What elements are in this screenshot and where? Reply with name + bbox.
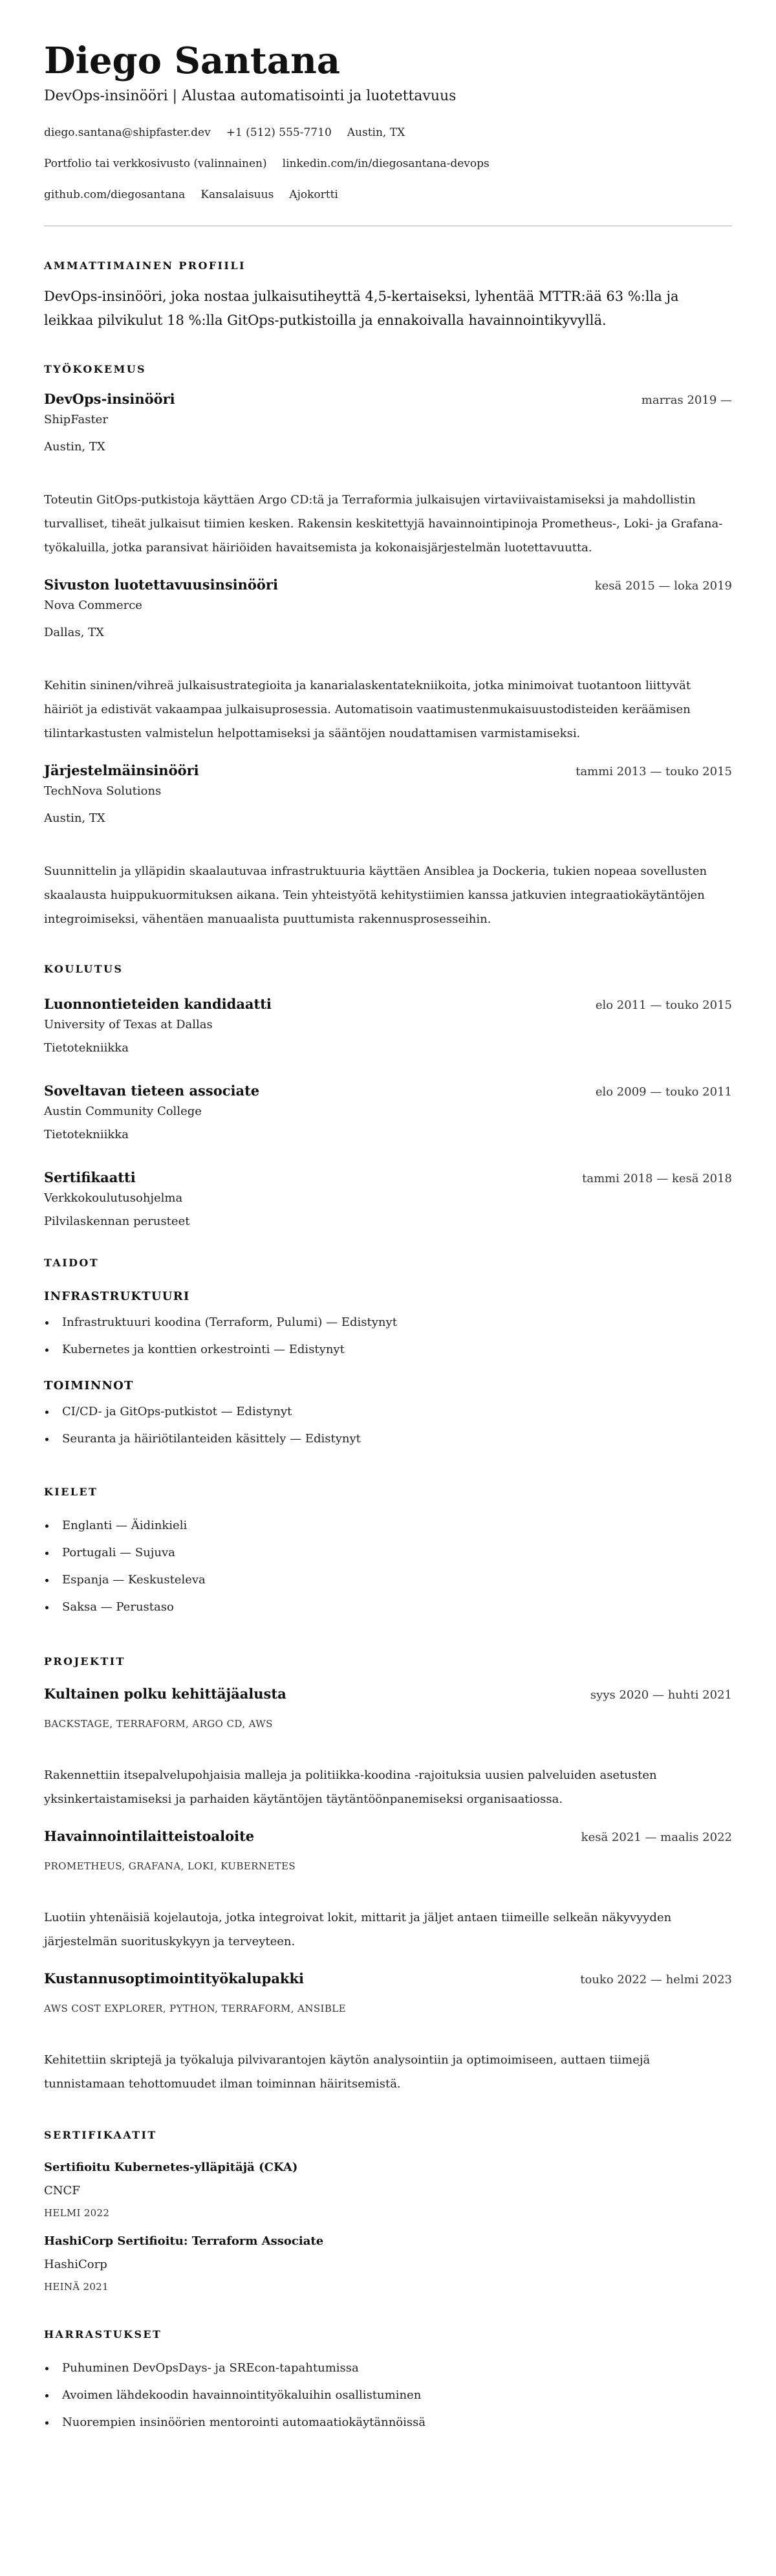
job-description: Toteutin GitOps-putkistoja käyttäen Argo…: [44, 488, 732, 560]
project-header: Kustannusoptimointityökalupakkitouko 202…: [44, 1969, 732, 1988]
field-of-study: Tietotekniikka: [44, 1040, 732, 1057]
project-dates: touko 2022 — helmi 2023: [580, 1972, 732, 1988]
header-divider: [44, 225, 732, 226]
education-entry: Luonnontieteiden kandidaattielo 2011 — t…: [44, 995, 732, 1057]
job-entry: DevOps-insinöörimarras 2019 —ShipFasterA…: [44, 390, 732, 560]
skill-item: CI/CD- ja GitOps-putkistot — Edistynyt: [44, 1404, 732, 1420]
candidate-headline: DevOps-insinööri | Alustaa automatisoint…: [44, 87, 732, 106]
interests-list: Puhuminen DevOpsDays- ja SREcon-tapahtum…: [44, 2360, 732, 2431]
project-header: Kultainen polku kehittäjäalustasyys 2020…: [44, 1684, 732, 1704]
education-dates: elo 2011 — touko 2015: [596, 997, 732, 1014]
education-entry: Soveltavan tieteen associateelo 2009 — t…: [44, 1081, 732, 1143]
section-profile: Ammattimainen profiili DevOps-insinööri,…: [44, 259, 732, 333]
certifications-list: Sertifioitu Kubernetes-ylläpitäjä (CKA)C…: [44, 2159, 732, 2294]
job-description: Suunnittelin ja ylläpidin skaalautuvaa i…: [44, 859, 732, 931]
projects-list: Kultainen polku kehittäjäalustasyys 2020…: [44, 1684, 732, 2096]
degree-title: Sertifikaatti: [44, 1168, 136, 1187]
section-heading: Koulutus: [44, 962, 732, 976]
project-title: Havainnointilaitteistoaloite: [44, 1827, 254, 1846]
language-item: Portugali — Sujuva: [44, 1545, 732, 1561]
skill-group-title: TOIMINNOT: [44, 1378, 732, 1394]
resume-header: Diego Santana DevOps-insinööri | Alustaa…: [44, 38, 732, 226]
job-location: Austin, TX: [44, 810, 732, 827]
certification-entry: Sertifioitu Kubernetes-ylläpitäjä (CKA)C…: [44, 2159, 732, 2220]
job-entry: Järjestelmäinsinööritammi 2013 — touko 2…: [44, 761, 732, 931]
email-link[interactable]: diego.santana@shipfaster.dev: [44, 124, 211, 141]
job-company: TechNova Solutions: [44, 783, 732, 800]
job-header: Sivuston luotettavuusinsinöörikesä 2015 …: [44, 575, 732, 595]
certification-entry: HashiCorp Sertifioitu: Terraform Associa…: [44, 2233, 732, 2294]
project-entry: Kultainen polku kehittäjäalustasyys 2020…: [44, 1684, 732, 1811]
education-header: Luonnontieteiden kandidaattielo 2011 — t…: [44, 995, 732, 1014]
job-description: Kehitin sininen/vihreä julkaisustrategio…: [44, 674, 732, 745]
degree-title: Luonnontieteiden kandidaatti: [44, 995, 272, 1014]
degree-title: Soveltavan tieteen associate: [44, 1081, 259, 1101]
certification-issuer: HashiCorp: [44, 2256, 732, 2273]
skill-group: TOIMINNOTCI/CD- ja GitOps-putkistot — Ed…: [44, 1378, 732, 1448]
certification-date: helmi 2022: [44, 2206, 732, 2220]
education-entry: Sertifikaattitammi 2018 — kesä 2018Verkk…: [44, 1168, 732, 1230]
github-link[interactable]: github.com/diegosantana: [44, 186, 185, 203]
job-title: Järjestelmäinsinööri: [44, 761, 199, 780]
interest-item: Avoimen lähdekoodin havainnointityökalui…: [44, 2387, 732, 2404]
section-languages: Kielet Englanti — ÄidinkieliPortugali — …: [44, 1485, 732, 1616]
project-dates: syys 2020 — huhti 2021: [590, 1687, 732, 1704]
job-title: DevOps-insinööri: [44, 390, 175, 409]
school-name: Verkkokoulutusohjelma: [44, 1190, 732, 1207]
project-tech-stack: Backstage, Terraform, Argo CD, AWS: [44, 1717, 732, 1731]
job-header: Järjestelmäinsinööritammi 2013 — touko 2…: [44, 761, 732, 780]
phone-number[interactable]: +1 (512) 555-7710: [226, 124, 332, 141]
contact-info: diego.santana@shipfaster.dev +1 (512) 55…: [44, 124, 732, 203]
project-tech-stack: Prometheus, Grafana, Loki, Kubernetes: [44, 1859, 732, 1873]
education-header: Soveltavan tieteen associateelo 2009 — t…: [44, 1081, 732, 1101]
language-item: Espanja — Keskusteleva: [44, 1572, 732, 1589]
project-title: Kustannusoptimointityökalupakki: [44, 1969, 304, 1988]
skill-group-title: INFRASTRUKTUURI: [44, 1288, 732, 1305]
skill-group: INFRASTRUKTUURIInfrastruktuuri koodina (…: [44, 1288, 732, 1358]
job-header: DevOps-insinöörimarras 2019 —: [44, 390, 732, 409]
skill-list: Infrastruktuuri koodina (Terraform, Pulu…: [44, 1314, 732, 1358]
project-description: Rakennettiin itsepalvelupohjaisia mallej…: [44, 1763, 732, 1811]
education-header: Sertifikaattitammi 2018 — kesä 2018: [44, 1168, 732, 1187]
language-item: Saksa — Perustaso: [44, 1599, 732, 1616]
field-of-study: Tietotekniikka: [44, 1127, 732, 1143]
linkedin-link[interactable]: linkedin.com/in/diegosantana-devops: [283, 155, 490, 172]
project-tech-stack: AWS Cost Explorer, Python, Terraform, An…: [44, 2001, 732, 2016]
job-company: ShipFaster: [44, 412, 732, 428]
school-name: Austin Community College: [44, 1103, 732, 1120]
interest-item: Puhuminen DevOpsDays- ja SREcon-tapahtum…: [44, 2360, 732, 2377]
contact-row: diego.santana@shipfaster.dev +1 (512) 55…: [44, 124, 732, 141]
project-dates: kesä 2021 — maalis 2022: [581, 1829, 732, 1846]
skill-item: Kubernetes ja konttien orkestrointi — Ed…: [44, 1341, 732, 1358]
profile-summary: DevOps-insinööri, joka nostaa julkaisuti…: [44, 285, 732, 333]
section-experience: Työkokemus DevOps-insinöörimarras 2019 —…: [44, 362, 732, 931]
resume-page: Diego Santana DevOps-insinööri | Alustaa…: [0, 0, 776, 2470]
education-dates: tammi 2018 — kesä 2018: [582, 1171, 732, 1187]
certification-title: HashiCorp Sertifioitu: Terraform Associa…: [44, 2233, 732, 2250]
project-entry: Kustannusoptimointityökalupakkitouko 202…: [44, 1969, 732, 2096]
project-entry: Havainnointilaitteistoaloitekesä 2021 — …: [44, 1827, 732, 1954]
job-location: Austin, TX: [44, 439, 732, 456]
location: Austin, TX: [347, 124, 405, 141]
job-dates: tammi 2013 — touko 2015: [576, 764, 732, 780]
project-title: Kultainen polku kehittäjäalusta: [44, 1684, 286, 1704]
certification-issuer: CNCF: [44, 2183, 732, 2199]
education-dates: elo 2009 — touko 2011: [596, 1084, 732, 1101]
candidate-name: Diego Santana: [44, 38, 732, 84]
jobs-list: DevOps-insinöörimarras 2019 —ShipFasterA…: [44, 390, 732, 931]
job-location: Dallas, TX: [44, 624, 732, 641]
skill-item: Seuranta ja häiriötilanteiden käsittely …: [44, 1431, 732, 1448]
section-interests: Harrastukset Puhuminen DevOpsDays- ja SR…: [44, 2328, 732, 2431]
section-heading: Työkokemus: [44, 362, 732, 377]
section-projects: Projektit Kultainen polku kehittäjäalust…: [44, 1655, 732, 2096]
contact-row: Portfolio tai verkkosivusto (valinnainen…: [44, 155, 732, 172]
section-heading: Projektit: [44, 1655, 732, 1669]
field-of-study: Pilvilaskennan perusteet: [44, 1213, 732, 1230]
section-heading: Kielet: [44, 1485, 732, 1499]
job-dates: marras 2019 —: [641, 392, 732, 409]
certification-title: Sertifioitu Kubernetes-ylläpitäjä (CKA): [44, 2159, 732, 2176]
contact-row: github.com/diegosantana Kansalaisuus Ajo…: [44, 186, 732, 203]
interest-item: Nuorempien insinöörien mentorointi autom…: [44, 2414, 732, 2431]
project-description: Luotiin yhtenäisiä kojelautoja, jotka in…: [44, 1906, 732, 1954]
certification-date: heinä 2021: [44, 2280, 732, 2294]
skill-item: Infrastruktuuri koodina (Terraform, Pulu…: [44, 1314, 732, 1331]
citizenship: Kansalaisuus: [200, 186, 274, 203]
section-heading: Taidot: [44, 1256, 732, 1270]
languages-list: Englanti — ÄidinkieliPortugali — SujuvaE…: [44, 1517, 732, 1616]
skill-list: CI/CD- ja GitOps-putkistot — EdistynytSe…: [44, 1404, 732, 1448]
project-header: Havainnointilaitteistoaloitekesä 2021 — …: [44, 1827, 732, 1846]
project-description: Kehitettiin skriptejä ja työkaluja pilvi…: [44, 2048, 732, 2096]
skills-groups: INFRASTRUKTUURIInfrastruktuuri koodina (…: [44, 1288, 732, 1448]
language-item: Englanti — Äidinkieli: [44, 1517, 732, 1534]
job-title: Sivuston luotettavuusinsinööri: [44, 575, 278, 595]
job-dates: kesä 2015 — loka 2019: [595, 578, 732, 595]
section-heading: Sertifikaatit: [44, 2128, 732, 2142]
job-company: Nova Commerce: [44, 597, 732, 614]
job-entry: Sivuston luotettavuusinsinöörikesä 2015 …: [44, 575, 732, 745]
section-skills: Taidot INFRASTRUKTUURIInfrastruktuuri ko…: [44, 1256, 732, 1448]
section-heading: Ammattimainen profiili: [44, 259, 732, 273]
section-heading: Harrastukset: [44, 2328, 732, 2342]
education-list: Luonnontieteiden kandidaattielo 2011 — t…: [44, 995, 732, 1230]
section-certifications: Sertifikaatit Sertifioitu Kubernetes-yll…: [44, 2128, 732, 2294]
section-education: Koulutus Luonnontieteiden kandidaattielo…: [44, 962, 732, 1230]
school-name: University of Texas at Dallas: [44, 1017, 732, 1033]
portfolio-link[interactable]: Portfolio tai verkkosivusto (valinnainen…: [44, 155, 267, 172]
drivers-license: Ajokortti: [289, 186, 338, 203]
